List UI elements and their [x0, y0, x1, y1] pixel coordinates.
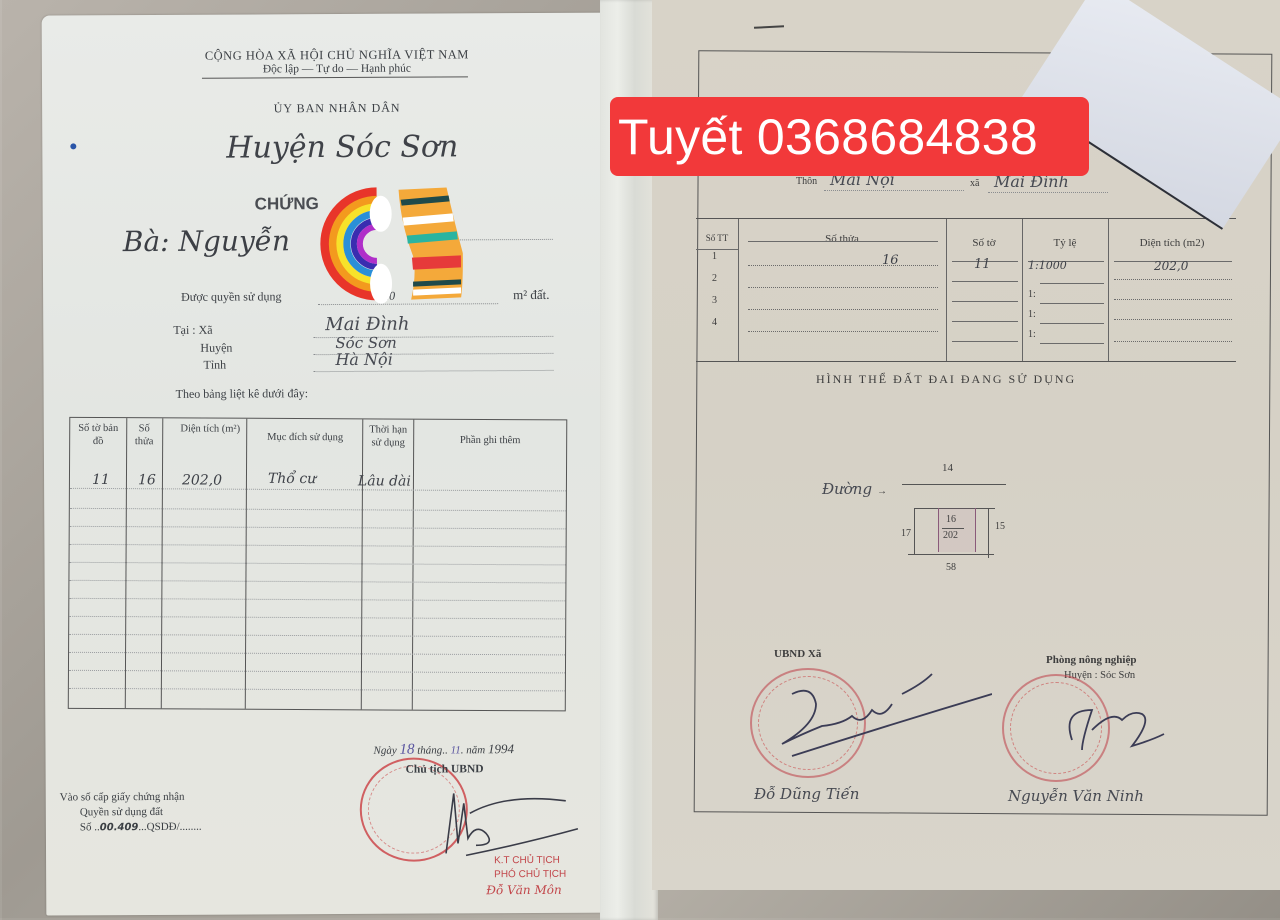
owner-name: Nguyễn: [178, 224, 290, 258]
signature-right-icon: [1052, 690, 1172, 760]
date-line: Ngày 18 tháng.. 11. năm 1994: [373, 741, 514, 759]
signer-stamp-line2: PHÓ CHỦ TỊCH: [494, 869, 566, 880]
certificate-left-page: CỘNG HÒA XÃ HỘI CHỦ NGHĨA VIỆT NAM Độc l…: [42, 12, 643, 915]
xa-label: Tại : Xã: [173, 323, 212, 338]
col-header-stt: Số TT: [696, 233, 738, 243]
neighbor-bottom: 58: [946, 562, 956, 573]
ink-dot: [70, 143, 76, 149]
cell-map-sheet: 11: [92, 472, 110, 488]
cell-purpose: Thổ cư: [268, 471, 316, 487]
cell-term: Lâu dài: [358, 473, 411, 489]
district-handwritten: Huyện Sóc Sơn: [202, 129, 482, 165]
table-row: 11 16 202,0 Thổ cư Lâu dài: [70, 418, 566, 421]
col-header-area: Diện tích (m2): [1108, 237, 1236, 249]
col-header-term: Thời hạn sử dụng: [364, 423, 412, 449]
col-header-sheet: Số tờ: [946, 237, 1022, 249]
sign-right-title: Phòng nông nghiệp: [1046, 654, 1136, 666]
striped-rug-sticker-icon: [399, 187, 464, 299]
tinh-value: Hà Nội: [335, 350, 392, 369]
sign-left-name: Đỗ Dũng Tiến: [754, 785, 859, 803]
signer-title: Chủ tịch UBND: [406, 763, 484, 775]
parcel-summary-table: Số TT Số thửa Số tờ Tỷ lệ Diện tích (m2)…: [696, 218, 1236, 362]
row-number: 3: [712, 295, 717, 306]
neighbor-top: 14: [942, 462, 953, 474]
col-header-area: Diện tích (m²): [180, 422, 240, 435]
country-header: CỘNG HÒA XÃ HỘI CHỦ NGHĨA VIỆT NAM: [197, 47, 477, 63]
land-parcel-table: Số tờ bản đồ Số thửa Diện tích (m²) Mục …: [68, 417, 568, 712]
registry-number-line: Số ..00.409...QSDĐ/........: [80, 821, 202, 834]
contact-watermark: Tuyết 0368684838: [610, 97, 1089, 176]
parcel-area: 202: [943, 530, 958, 541]
col-header-map-sheet: Số tờ bản đồ: [72, 422, 124, 448]
cell-area: 202,0: [182, 472, 222, 488]
xa-label: xã: [970, 178, 979, 189]
registry-line1: Vào số cấp giấy chứng nhận: [60, 791, 185, 804]
sign-right-name: Nguyễn Văn Ninh: [1008, 787, 1144, 805]
list-intro: Theo bảng liệt kê dưới đây:: [176, 386, 309, 402]
road-arrow-icon: →: [877, 486, 887, 497]
cell-parcel: 16: [138, 472, 156, 488]
col-header-scale: Tỷ lệ: [1022, 237, 1108, 249]
usage-unit: m² đất.: [513, 287, 549, 303]
owner-prefix: Bà:: [123, 225, 170, 258]
parcel-number: 16: [946, 514, 956, 525]
cell-scale: 1:1000: [1028, 259, 1067, 272]
tinh-label: Tỉnh: [203, 358, 226, 373]
certificate-title: CHỨNG: [255, 194, 319, 214]
cell-area: 202,0: [1154, 259, 1188, 273]
usage-label: Được quyền sử dụng: [181, 289, 281, 305]
tinh-dotline: [314, 370, 554, 372]
col-header-notes: Phần ghi thêm: [420, 434, 560, 448]
rainbow-rug-sticker-icon: [315, 183, 464, 312]
signature-icon: [406, 783, 586, 864]
signature-left-icon: [752, 664, 992, 764]
row-number: 2: [712, 273, 717, 284]
neighbor-right: 15: [995, 521, 1005, 532]
col-header-parcel: Số thửa: [738, 233, 946, 245]
huyen-label: Huyện: [200, 341, 232, 356]
rainbow-sticker-icon: [325, 192, 393, 304]
xa-value: Mai Đình: [325, 314, 409, 335]
signer-stamp-name: Đỗ Văn Môn: [486, 883, 562, 897]
authority-label: ỦY BAN NHÂN DÂN: [197, 100, 477, 116]
neighbor-left: 17: [901, 528, 911, 539]
col-header-parcel: Số thửa: [128, 422, 160, 448]
registry-line2: Quyền sử dụng đất: [80, 806, 163, 818]
road-label: Đường: [822, 480, 872, 498]
cell-sheet: 11: [974, 257, 991, 272]
sign-left-title: UBND Xã: [774, 648, 821, 660]
motto: Độc lập — Tự do — Hạnh phúc: [197, 62, 477, 75]
signer-stamp-line1: K.T CHỦ TỊCH: [494, 855, 560, 866]
shape-section-title: HÌNH THỂ ĐẤT ĐAI ĐANG SỬ DỤNG: [816, 372, 1076, 387]
thon-label: Thôn: [796, 176, 817, 187]
col-header-purpose: Mục đích sử dụng: [250, 431, 360, 445]
row-number: 4: [712, 317, 717, 328]
header-rule: [202, 76, 468, 78]
pen-mark: [754, 25, 784, 29]
owner-line: Bà: Nguyễn: [123, 224, 290, 258]
row-number: 1: [712, 251, 717, 262]
